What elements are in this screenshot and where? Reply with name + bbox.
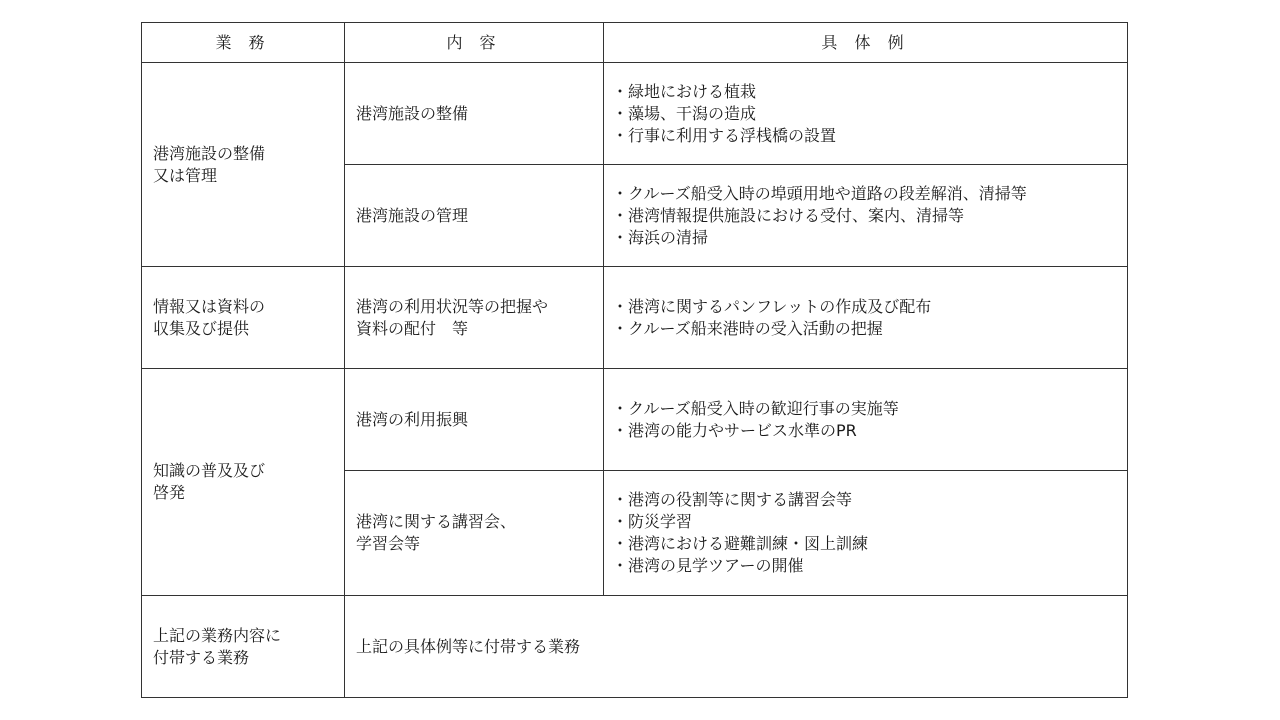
content-cell: 港湾施設の整備 xyxy=(345,63,604,165)
examples-cell: ・クルーズ船受入時の歓迎行事の実施等 ・港湾の能力やサービス水準のPR xyxy=(604,369,1128,471)
category-cell: 上記の業務内容に 付帯する業務 xyxy=(142,596,345,698)
content-line: 学習会等 xyxy=(356,533,603,555)
content-cell: 港湾に関する講習会、 学習会等 xyxy=(345,471,604,596)
content-line: 資料の配付 等 xyxy=(356,318,603,340)
category-line: 啓発 xyxy=(153,482,344,504)
table-row: 知識の普及及び 啓発 港湾の利用振興 ・クルーズ船受入時の歓迎行事の実施等 ・港… xyxy=(142,369,1128,471)
example-item: ・港湾の役割等に関する講習会等 xyxy=(612,489,1127,511)
category-cell: 知識の普及及び 啓発 xyxy=(142,369,345,596)
examples-cell: ・クルーズ船受入時の埠頭用地や道路の段差解消、清掃等 ・港湾情報提供施設における… xyxy=(604,165,1128,267)
example-item: ・防災学習 xyxy=(612,511,1127,533)
example-item: ・緑地における植栽 xyxy=(612,81,1127,103)
examples-cell: ・港湾に関するパンフレットの作成及び配布 ・クルーズ船来港時の受入活動の把握 xyxy=(604,267,1128,369)
category-line: 又は管理 xyxy=(153,165,344,187)
example-item: ・港湾の能力やサービス水準のPR xyxy=(612,420,1127,442)
content-line: 港湾施設の管理 xyxy=(356,205,603,227)
content-line: 港湾の利用状況等の把握や xyxy=(356,296,603,318)
content-cell: 港湾の利用振興 xyxy=(345,369,604,471)
table-row: 上記の業務内容に 付帯する業務 上記の具体例等に付帯する業務 xyxy=(142,596,1128,698)
business-content-table: 業 務 内 容 具 体 例 港湾施設の整備 又は管理 港湾施設の整備 ・緑地にお… xyxy=(141,22,1128,698)
category-cell: 情報又は資料の 収集及び提供 xyxy=(142,267,345,369)
header-business: 業 務 xyxy=(142,23,345,63)
content-line: 港湾に関する講習会、 xyxy=(356,511,603,533)
examples-cell: ・港湾の役割等に関する講習会等 ・防災学習 ・港湾における避難訓練・図上訓練 ・… xyxy=(604,471,1128,596)
category-line: 付帯する業務 xyxy=(153,647,344,669)
example-item: ・行事に利用する浮桟橋の設置 xyxy=(612,125,1127,147)
example-item: ・港湾に関するパンフレットの作成及び配布 xyxy=(612,296,1127,318)
category-line: 知識の普及及び xyxy=(153,460,344,482)
content-line: 上記の具体例等に付帯する業務 xyxy=(356,636,1127,658)
table-row: 情報又は資料の 収集及び提供 港湾の利用状況等の把握や 資料の配付 等 ・港湾に… xyxy=(142,267,1128,369)
example-item: ・港湾における避難訓練・図上訓練 xyxy=(612,533,1127,555)
category-cell: 港湾施設の整備 又は管理 xyxy=(142,63,345,267)
example-item: ・クルーズ船受入時の歓迎行事の実施等 xyxy=(612,398,1127,420)
example-item: ・クルーズ船受入時の埠頭用地や道路の段差解消、清掃等 xyxy=(612,183,1127,205)
category-line: 港湾施設の整備 xyxy=(153,143,344,165)
examples-cell: ・緑地における植栽 ・藻場、干潟の造成 ・行事に利用する浮桟橋の設置 xyxy=(604,63,1128,165)
example-item: ・港湾の見学ツアーの開催 xyxy=(612,555,1127,577)
header-content: 内 容 xyxy=(345,23,604,63)
header-examples: 具 体 例 xyxy=(604,23,1128,63)
table-row: 港湾施設の整備 又は管理 港湾施設の整備 ・緑地における植栽 ・藻場、干潟の造成… xyxy=(142,63,1128,165)
example-item: ・港湾情報提供施設における受付、案内、清掃等 xyxy=(612,205,1127,227)
content-cell: 港湾施設の管理 xyxy=(345,165,604,267)
header-row: 業 務 内 容 具 体 例 xyxy=(142,23,1128,63)
content-line: 港湾の利用振興 xyxy=(356,409,603,431)
category-line: 上記の業務内容に xyxy=(153,625,344,647)
example-item: ・海浜の清掃 xyxy=(612,227,1127,249)
category-line: 収集及び提供 xyxy=(153,318,344,340)
content-cell: 港湾の利用状況等の把握や 資料の配付 等 xyxy=(345,267,604,369)
example-item: ・藻場、干潟の造成 xyxy=(612,103,1127,125)
example-item: ・クルーズ船来港時の受入活動の把握 xyxy=(612,318,1127,340)
content-line: 港湾施設の整備 xyxy=(356,103,603,125)
category-line: 情報又は資料の xyxy=(153,296,344,318)
merged-content-cell: 上記の具体例等に付帯する業務 xyxy=(345,596,1128,698)
